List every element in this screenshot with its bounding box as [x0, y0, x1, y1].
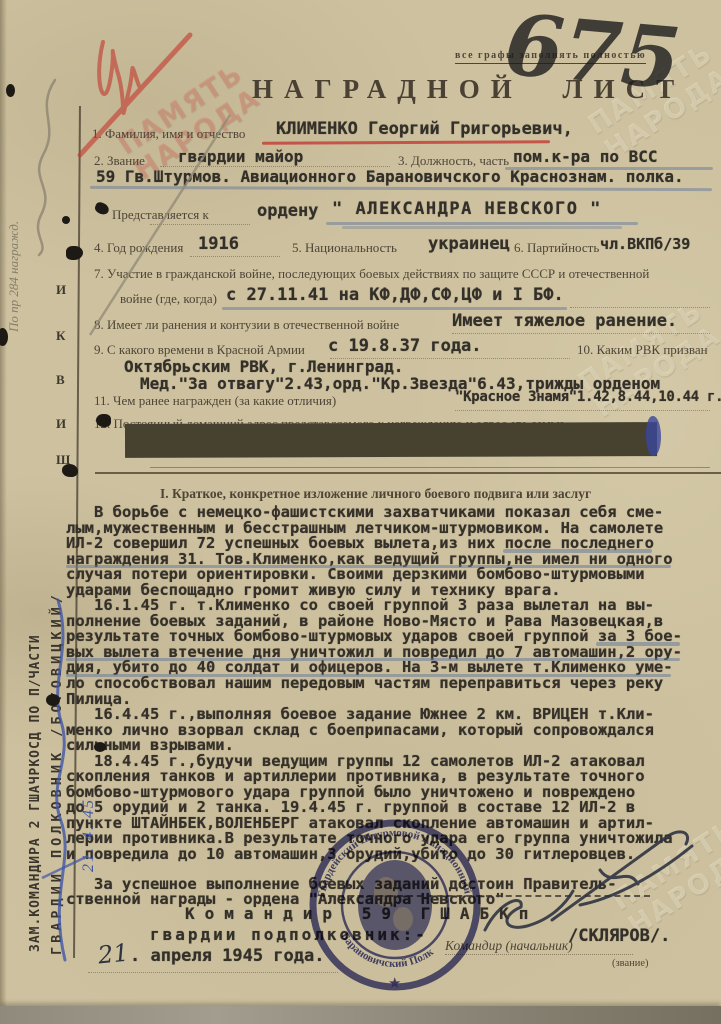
section-divider-thin	[150, 467, 710, 468]
ink-blot	[96, 414, 111, 427]
margin-letter: К	[56, 328, 65, 344]
sklyarov-signature	[430, 808, 721, 958]
ink-blot	[62, 464, 78, 477]
margin-letter: И	[56, 282, 66, 298]
red-pencil-marks	[55, 20, 250, 350]
field-value-position: пом.к-ра по ВСС	[513, 147, 658, 166]
ink-blot	[62, 216, 70, 224]
blue-ink-blot	[646, 416, 661, 456]
field-value-nationality: украинец	[428, 234, 510, 254]
field-label-party: 6. Партийность	[514, 240, 599, 256]
bogovitsky-signature	[30, 560, 100, 980]
scan-edge-left	[0, 0, 7, 1024]
stamp-center-emblem	[358, 860, 432, 950]
margin-letter: В	[56, 372, 65, 388]
margin-letter: И	[56, 416, 66, 432]
stamp-star-icon: ★	[388, 976, 401, 992]
pencil-margin-signature	[15, 70, 75, 260]
field-value-award-name: " АЛЕКСАНДРА НЕВСКОГО "	[332, 199, 602, 219]
scan-edge-bottom	[0, 1006, 721, 1024]
typed-date: . апреля 1945 года.	[130, 946, 324, 966]
rank-caption: (звание)	[612, 958, 649, 969]
ink-blot	[6, 84, 15, 97]
body-line: ло способствовал нашим передовым частям …	[66, 676, 706, 692]
section-heading: I. Краткое, конкретное изложение личного…	[160, 486, 591, 502]
redaction-box	[125, 422, 657, 458]
ink-blot	[46, 694, 60, 706]
award-sheet-document: ПАМЯТЬ НАРОДА ПАМЯТЬ НАРОДА ПАМЯТЬ НАРОД…	[0, 0, 721, 1024]
field-label-nationality: 5. Национальность	[292, 240, 397, 256]
watermark-line: НАРОДА	[590, 321, 721, 424]
field-label-prior-awards: 11. Чем ранее награжден (за какие отличи…	[94, 393, 336, 409]
field-value-wounds: Имеет тяжелое ранение.	[452, 311, 677, 331]
section-divider	[95, 472, 721, 474]
field-value-prior-awards: "Красное Знамя"1.42,8.44,10.44 г.	[455, 389, 721, 405]
handwritten-registration-number: 675	[501, 0, 684, 108]
handwritten-date-day: 21	[97, 938, 130, 969]
ink-blot	[94, 742, 106, 752]
field-value-party: чл.ВКПб/39	[600, 235, 690, 253]
field-value-army-since: с 19.8.37 года.	[328, 336, 482, 356]
red-underline	[262, 140, 550, 145]
field-value-name: КЛИМЕНКО Георгий Григорьевич,	[276, 119, 573, 139]
pencil-line	[90, 115, 230, 335]
field-value-war-participation: с 27.11.41 на КФ,ДФ,СФ,ЦФ и I БФ.	[226, 285, 564, 305]
field-label-rvk: 10. Каким РВК призван	[577, 342, 708, 358]
field-value-order: ордену	[257, 201, 318, 221]
